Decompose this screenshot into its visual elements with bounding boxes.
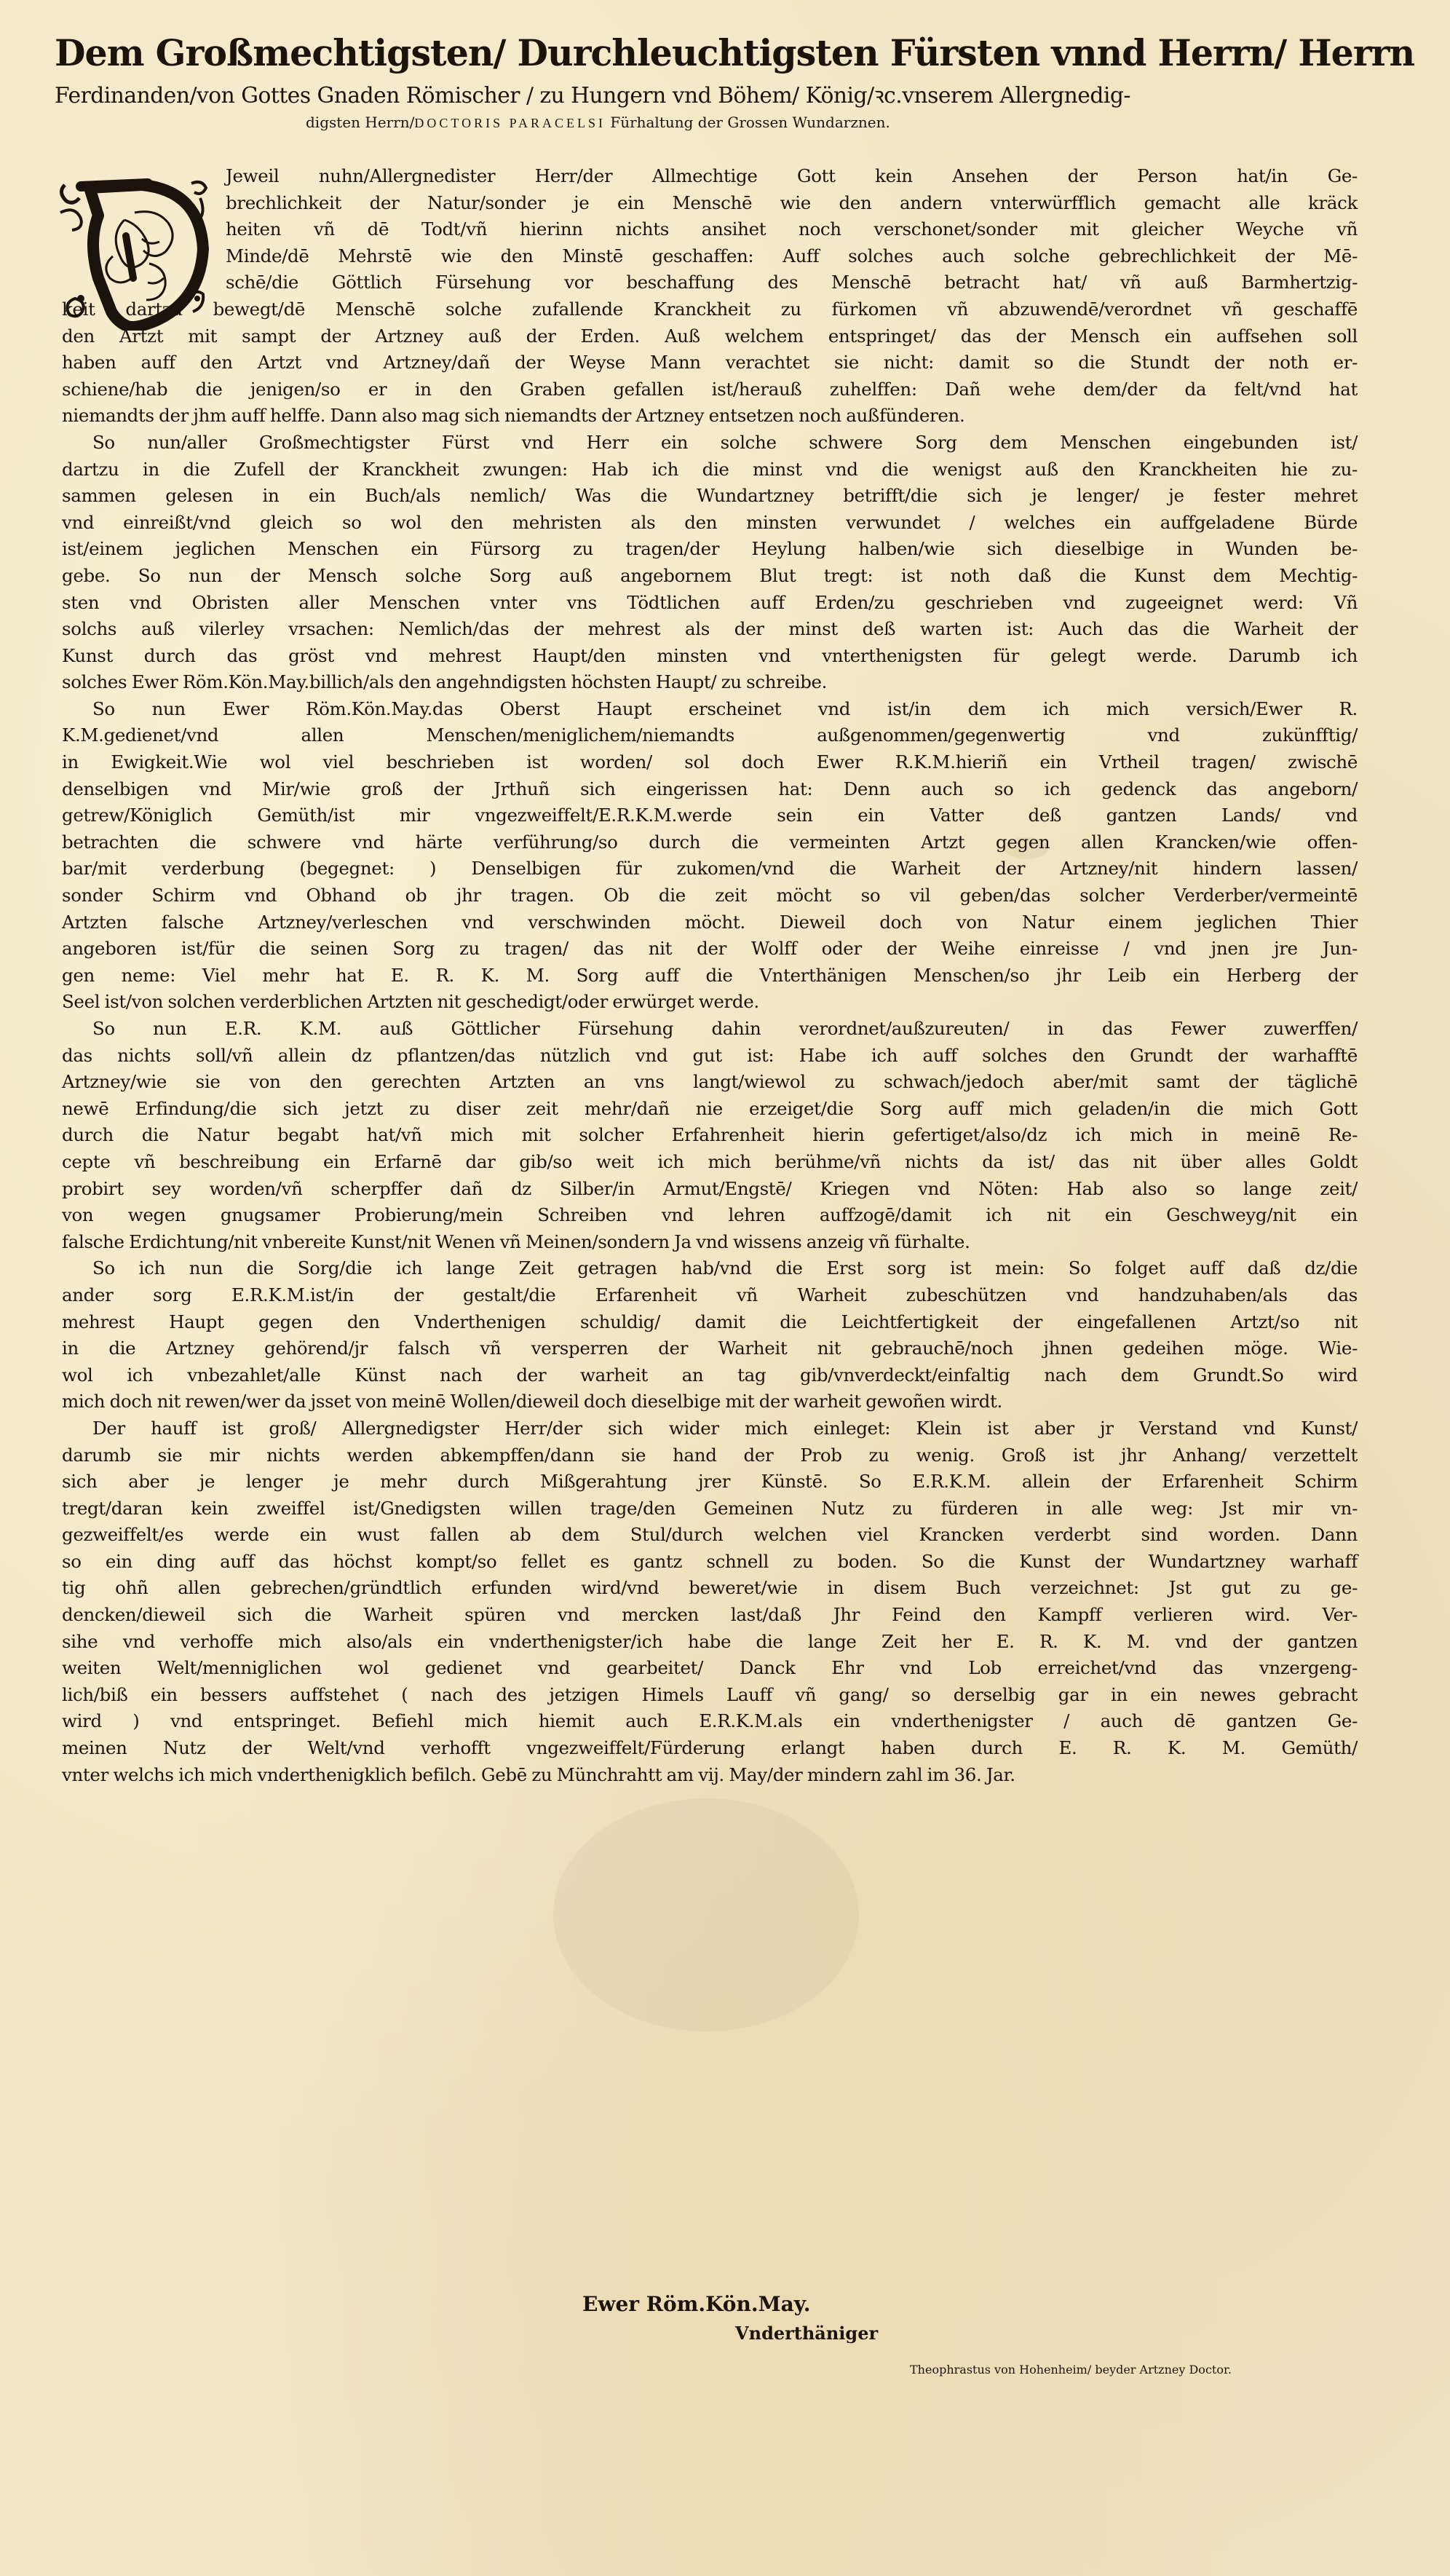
body-line: cepte vñ beschreibung ein Erfarnē dar gi… — [62, 1149, 1358, 1176]
body-line: Seel ist/von solchen verderblichen Artzt… — [62, 989, 1358, 1016]
body-line: sonder Schirm vnd Obhand ob jhr tragen. … — [62, 882, 1358, 909]
body-line: Artzten falsche Artzney/verleschen vnd v… — [62, 909, 1358, 936]
body-line: sammen gelesen in ein Buch/als nemlich/ … — [62, 483, 1358, 510]
body-line: in die Artzney gehörend/jr falsch vñ ver… — [62, 1335, 1358, 1362]
author-signature: Theophrastus von Hohenheim/ beyder Artzn… — [910, 2363, 1232, 2377]
body-line: niemandts der jhm auff helffe. Dann also… — [62, 403, 1358, 430]
body-line: angeboren ist/für die seinen Sorg zu tra… — [62, 936, 1358, 963]
body-line: Kunst durch das gröst vnd mehrest Haupt/… — [62, 643, 1358, 670]
body-line: denselbigen vnd Mir/wie groß der Jrthuñ … — [62, 776, 1358, 803]
body-line: K.M.gedienet/vnd allen Menschen/meniglic… — [62, 722, 1358, 749]
heading-line-1: Dem Großmechtigsten/ Durchleuchtigsten F… — [55, 29, 1331, 77]
body-line: solches Ewer Röm.Kön.May.billich/als den… — [62, 669, 1358, 696]
body-line: sihe vnd verhoffe mich also/als ein vnde… — [62, 1629, 1358, 1656]
body-line: Minde/dē Mehrstē wie den Minstē geschaff… — [62, 243, 1358, 270]
paragraph-start-line: So nun Ewer Röm.Kön.May.das Oberst Haupt… — [62, 696, 1358, 723]
body-line: lich/biß ein bessers auffstehet ( nach d… — [62, 1682, 1358, 1709]
heading-line-3-post: Fürhaltung der Grossen Wundarznen. — [610, 114, 890, 131]
body-line: von wegen gnugsamer Probierung/mein Schr… — [62, 1202, 1358, 1229]
paragraph-start-line: So nun/aller Großmechtigster Fürst vnd H… — [62, 430, 1358, 457]
body-line: schē/die Göttlich Fürsehung vor beschaff… — [62, 269, 1358, 296]
body-line: probirt sey worden/vñ scherpffer dañ dz … — [62, 1176, 1358, 1203]
heading-line-3-pre: digsten Herrn/ — [306, 114, 414, 131]
body-line: tig ohñ allen gebrechen/gründtlich erfun… — [62, 1575, 1358, 1602]
body-line: gezweiffelt/es werde ein wust fallen ab … — [62, 1522, 1358, 1549]
dedication-heading: Dem Großmechtigsten/ Durchleuchtigsten F… — [55, 29, 1358, 133]
body-line: sich aber je lenger je mehr durch Mißger… — [62, 1469, 1358, 1496]
body-line: Jeweil nuhn/Allergnedister Herr/der Allm… — [62, 163, 1358, 190]
dedication-body: Jeweil nuhn/Allergnedister Herr/der Allm… — [62, 163, 1358, 1788]
body-line: darumb sie mir nichts werden abkempffen/… — [62, 1442, 1358, 1469]
body-line: gebe. So nun der Mensch solche Sorg auß … — [62, 563, 1358, 590]
paragraph-start-line: Der hauff ist groß/ Allergnedigster Herr… — [62, 1415, 1358, 1442]
body-line: vnd einreißt/vnd gleich so wol den mehri… — [62, 510, 1358, 537]
body-line: sten vnd Obristen aller Menschen vnter v… — [62, 590, 1358, 617]
body-line: so ein ding auff das höchst kompt/so fel… — [62, 1549, 1358, 1576]
body-line: schiene/hab die jenigen/so er in den Gra… — [62, 376, 1358, 403]
body-line: bar/mit verderbung (begegnet: ) Denselbi… — [62, 856, 1358, 882]
body-line: ist/einem jeglichen Menschen ein Fürsorg… — [62, 536, 1358, 563]
body-line: gen neme: Viel mehr hat E. R. K. M. Sorg… — [62, 963, 1358, 989]
body-line: brechlichkeit der Natur/sonder je ein Me… — [62, 190, 1358, 217]
body-line: betrachten die schwere vnd härte verführ… — [62, 829, 1358, 856]
body-line: meinen Nutz der Welt/vnd verhofft vngezw… — [62, 1735, 1358, 1762]
body-line: wol ich vnbezahlet/alle Künst nach der w… — [62, 1362, 1358, 1389]
body-line: in Ewigkeit.Wie wol viel beschrieben ist… — [62, 749, 1358, 776]
body-line: Artzney/wie sie von den gerechten Artzte… — [62, 1069, 1358, 1096]
paper-stain — [553, 1798, 859, 2031]
closing-subject: Vnderthäniger — [735, 2323, 878, 2344]
body-line: vnter welchs ich mich vnderthenigklich b… — [62, 1762, 1358, 1789]
heading-line-3: digsten Herrn/DOCTORIS PARACELSI Fürhalt… — [55, 112, 1358, 133]
body-line: wird ) vnd entspringet. Befiehl mich hie… — [62, 1708, 1358, 1735]
body-line: weiten Welt/menniglichen wol gedienet vn… — [62, 1655, 1358, 1682]
body-line: den Artzt mit sampt der Artzney auß der … — [62, 323, 1358, 350]
body-line: dencken/dieweil sich die Warheit spüren … — [62, 1602, 1358, 1629]
paragraph-start-line: So nun E.R. K.M. auß Göttlicher Fürsehun… — [62, 1016, 1358, 1043]
body-line: mehrest Haupt gegen den Vnderthenigen sc… — [62, 1309, 1358, 1336]
document-page: Dem Großmechtigsten/ Durchleuchtigsten F… — [0, 0, 1450, 2576]
body-line: tregt/daran kein zweiffel ist/Gnedigsten… — [62, 1496, 1358, 1522]
body-line: mich doch nit rewen/wer da jsset von mei… — [62, 1388, 1358, 1415]
closing-salutation: Ewer Röm.Kön.May. — [582, 2292, 811, 2316]
body-line: durch die Natur begabt hat/vñ mich mit s… — [62, 1122, 1358, 1149]
body-line: heiten vñ dē Todt/vñ hierinn nichts ansi… — [62, 216, 1358, 243]
body-line: dartzu in die Zufell der Kranckheit zwun… — [62, 457, 1358, 483]
paragraph-start-line: So ich nun die Sorg/die ich lange Zeit g… — [62, 1255, 1358, 1282]
body-line: keit dartzu bewegt/dē Menschē solche zuf… — [62, 296, 1358, 323]
body-line: newē Erfindung/die sich jetzt zu diser z… — [62, 1096, 1358, 1123]
ornate-initial-d-icon — [55, 169, 216, 331]
body-line: das nichts soll/vñ allein dz pflantzen/d… — [62, 1043, 1358, 1070]
body-line: haben auff den Artzt vnd Artzney/dañ der… — [62, 349, 1358, 376]
body-line: falsche Erdichtung/nit vnbereite Kunst/n… — [62, 1229, 1358, 1256]
heading-author-caps: DOCTORIS PARACELSI — [414, 116, 606, 130]
body-line: getrew/Königlich Gemüth/ist mir vngezwei… — [62, 802, 1358, 829]
body-line: ander sorg E.R.K.M.ist/in der gestalt/di… — [62, 1282, 1358, 1309]
heading-line-2: Ferdinanden/von Gottes Gnaden Römischer … — [55, 80, 1344, 112]
body-line: solchs auß vilerley vrsachen: Nemlich/da… — [62, 616, 1358, 643]
